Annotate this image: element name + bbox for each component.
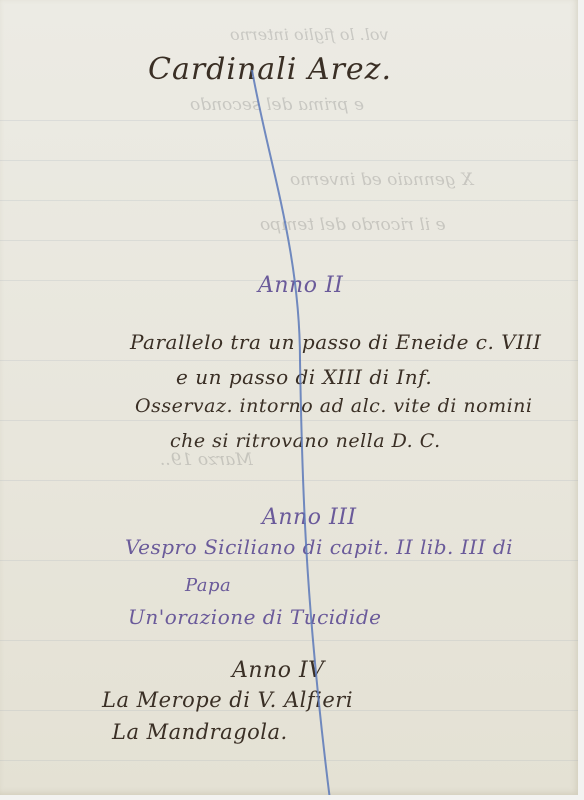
ruled-line <box>0 560 578 561</box>
section-header: Anno III <box>262 505 357 530</box>
ruled-line <box>0 200 578 201</box>
text-line: Parallelo tra un passo di Eneide c. VIII <box>130 330 541 354</box>
show-through-text: Marzo 19.. <box>160 450 253 470</box>
ruled-line <box>0 480 578 481</box>
text-line: Osservaz. intorno ad alc. vite di nomini <box>135 395 533 417</box>
text-line: che si ritrovano nella D. C. <box>170 430 441 452</box>
ruled-line <box>0 360 578 361</box>
page-title: Cardinali Arez. <box>148 52 392 87</box>
text-line: e un passo di XIII di Inf. <box>176 365 432 389</box>
ruled-line <box>0 420 578 421</box>
text-line: Vespro Siciliano di capit. II lib. III d… <box>125 535 513 559</box>
show-through-text: e prima del secondo <box>190 95 364 115</box>
ruled-line <box>0 760 578 761</box>
section-header: Anno II <box>258 273 343 298</box>
ruled-line <box>0 240 578 241</box>
text-line: Un'orazione di Tucidide <box>128 605 382 629</box>
ruled-line <box>0 120 578 121</box>
text-line: La Mandragola. <box>112 720 288 744</box>
show-through-text: X gennaio ed inverno <box>290 170 473 190</box>
ruled-line <box>0 640 578 641</box>
show-through-text: e il ricordo del tempo <box>260 215 446 235</box>
section-header: Anno IV <box>232 658 325 683</box>
ruled-line <box>0 160 578 161</box>
page-edge <box>0 795 584 800</box>
page-edge <box>578 0 584 800</box>
text-line: La Merope di V. Alfieri <box>102 688 353 712</box>
show-through-text: vol. lo figlio interno <box>230 25 389 44</box>
manuscript-page: vol. lo figlio interno e prima del secon… <box>0 0 578 795</box>
text-line: Papa <box>185 575 231 596</box>
